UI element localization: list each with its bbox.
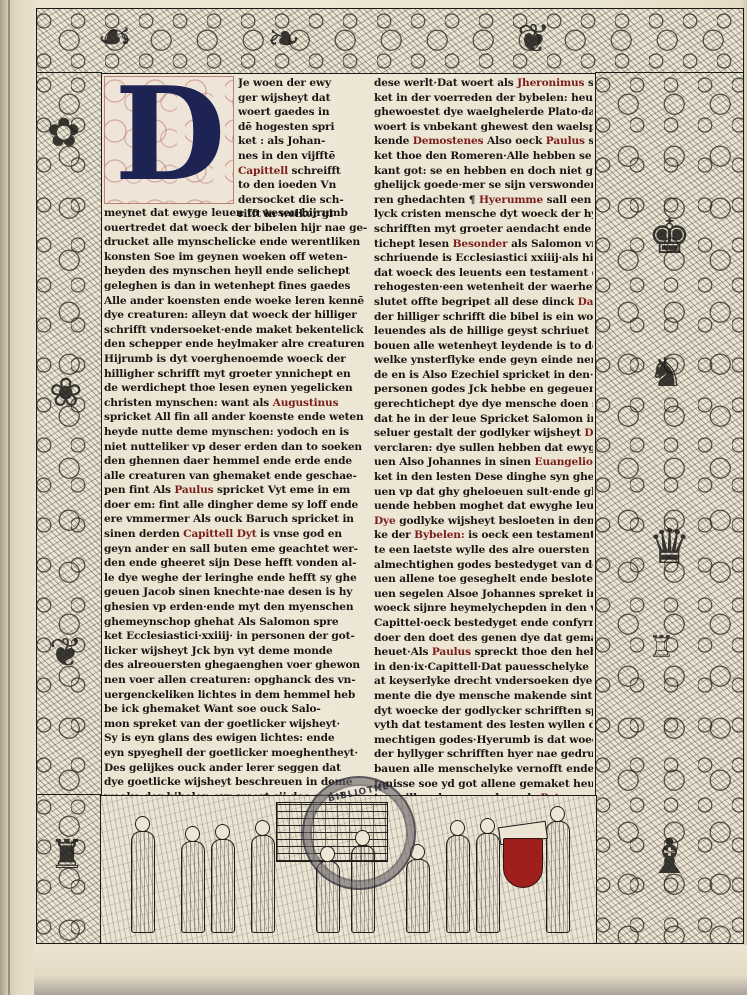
wild-man-icon: ☙ [97,17,133,57]
text-line: konsten Soe im geynen woeken off weten- [104,250,368,265]
text-line: kende Demostenes Also oeck Paulus spre [374,134,593,149]
page-leaf: ☙ ❧ ❦ ✿ ❀ ❦ ♜ ♚ ♞ ♛ ♖ ♝ D Je woen der ew… [0,0,747,995]
town-icon: ♖ [648,633,675,663]
text-line: christen mynschen: want als Augustinus [104,396,368,411]
text-line: dat he in der leue Spricket Salomon in d… [374,412,593,427]
text-line: der hyllyger schrifften hyer nae gedruck… [374,747,593,762]
text-line: dye creaturen: alleyn dat woeck der hill… [104,308,368,323]
text-line: uen segelen Alsoe Johannes spreket in de… [374,587,593,602]
text-line: personen godes Jck hebbe en gegeuen mine [374,382,593,397]
text-line: ghemeynschop ghehat Als Salomon spre [104,615,368,630]
text-line: ger wijsheyt dat [238,91,368,106]
text-line: uen vp dat ghy gheloeuen sult·ende ghelo… [374,485,593,500]
text-line: bouen alle wetenheyt leydende is to den … [374,339,593,354]
text-line: den ende gheeret sijn Dese hefft vonden … [104,556,368,571]
text-line: Capittell schreifft [238,164,368,179]
text-line: woert gaedes in [238,105,368,120]
figure-standard-bearer [131,831,155,933]
text-line: heyden des mynschen heyll ende selichept [104,264,368,279]
text-line: uende hebben moghet dat ewyghe leuen [374,499,593,514]
text-line: in den·ix·Capittell·Dat pauesschelyke en… [374,660,593,675]
text-line: schriuende is Ecclesiastici xxiiij·als h… [374,251,593,266]
figure-kneeling [406,859,430,933]
text-line: mente die dye mensche makende sint: alle… [374,689,593,704]
bottom-margin [34,945,747,995]
library-stamp: BIBLIOTHE [302,776,416,890]
red-shield-icon [503,838,543,888]
text-line: dyt woecke der godlycker schrifften spri… [374,704,593,719]
woodcut-border-left: ✿ ❀ ❦ [36,72,102,796]
text-line: nen voer allen creaturen: opghanck des v… [104,673,368,688]
text-line: ghewoestet dye waelghelerde Plato·dat [374,105,593,120]
text-line: den schepper ende heylmaker alre creatur… [104,337,368,352]
text-line: alle creaturen van ghemaket ende geschae… [104,469,368,484]
archer-figure-icon: ♞ [648,353,684,393]
text-line: kant got: se en hebben en doch niet ghee… [374,164,593,179]
text-line: pen fint Als Paulus spricket Vyt eme in … [104,483,368,498]
text-line: rehogesten·een wetenheit der waerheyt be… [374,280,593,295]
text-line: Hijrumb is dyt voerghenoemde woeck der [104,352,368,367]
woodcut-border-right: ♚ ♞ ♛ ♖ ♝ [595,72,744,944]
text-line: ren ghedachten ¶ Hyerumme sall een yghe [374,193,593,208]
text-line: te een laetste wylle des alre ouersten d… [374,543,593,558]
text-line: woeck sijnre heymelychepden in den vijff… [374,601,593,616]
crowned-figure-icon: ♚ [648,213,691,261]
text-line: Sy is eyn glans des ewigen lichtes: ende [104,731,368,746]
text-line: Capittel·oeck bestedyget ende confyrmier… [374,616,593,631]
text-line: niet nutteliker vp deser erden dan to so… [104,440,368,455]
soldier-figure-icon: ♜ [49,835,85,875]
text-line: ket : als Johan- [238,134,368,149]
figure-soldier [251,835,275,933]
text-line: uen Also Johannes in sinen Euangelio spr… [374,455,593,470]
text-line: gerechtichept dye dye mensche doen sall … [374,397,593,412]
text-line: Alle ander koensten ende woeke leren ken… [104,294,368,309]
text-line: seluer gestalt der godlyker wijsheyt De … [374,426,593,441]
saint-with-sword-icon: ♛ [648,523,691,571]
text-line: mon spreket van der goetlicker wijsheyt· [104,717,368,732]
text-line: ere vmmermer Als ouck Baruch spricket in [104,512,368,527]
figure-soldier [211,839,235,933]
text-line: to den ioeden Vn [238,178,368,193]
text-line: uergenckeliken lichtes in dem hemmel heb [104,688,368,703]
text-line: vyth dat testament des lesten wyllen des… [374,718,593,733]
leaf-icon: ❦ [49,633,83,673]
text-line: le dye weghe der leringhe ende hefft sy … [104,571,368,586]
text-line: tenisse soe yd got allene gemaket heuet … [374,777,593,792]
initial-letter: D [111,71,229,201]
text-line: welke ynsterflyke ende geyn einde nemen [374,353,593,368]
text-line: ke der Bybelen: is oeck een testament of… [374,528,593,543]
text-line: licker wijsheyt Jck byn vyt deme monde [104,644,368,659]
text-line: meynet dat ewyge leuen to wesen·hijrumb [104,206,368,221]
text-column-right: dese werlt·Dat woert als Jheronimus spre… [374,76,593,849]
text-line: drucket alle mynschelicke ende werentlik… [104,235,368,250]
text-line: dese werlt·Dat woert als Jheronimus spre [374,76,593,91]
rose-icon: ✿ [47,113,81,153]
text-line: ghelijck goede·mer se sijn verswonden in… [374,178,593,193]
text-line: heuet·Als Paulus spreckt thoe den hebree… [374,645,593,660]
woodcut-border-bottom-left: ♜ [36,794,102,944]
text-line: ket thoe den Romeren·Alle hebben se be- [374,149,593,164]
text-line: de werdichept thoe lesen eynen yegelicke… [104,381,368,396]
text-line: nes in den vijfftē [238,149,368,164]
text-line: bauen alle menschelyke vernofft ende ver… [374,762,593,777]
text-column-beside-initial: Je woen der ewyger wijsheyt datwoert gae… [238,76,368,222]
text-line: des alreouersten ghegaenghen voer ghewon [104,658,368,673]
text-line: eyn spyeghell der goetlicker moeghenthey… [104,746,368,761]
text-line: schrifft vndersoeket·ende maket bekentel… [104,323,368,338]
text-line: dat woeck des leuents een testament des … [374,266,593,281]
text-line: schrifften myt groeter aendacht ende ruy… [374,222,593,237]
text-line: ket in der voerreden der bybelen: heuet … [374,91,593,106]
text-line: heyde nutte deme mynschen: yodoch en is [104,425,368,440]
text-line: ouertredet dat woeck der bibelen hijr na… [104,221,368,236]
text-line: ket in den lesten Dese dinghe syn ghesch… [374,470,593,485]
text-line: slutet offte begripet all dese dinck Dat… [374,295,593,310]
text-line: uen allene toe geseghelt ende besloten m… [374,572,593,587]
figure-soldier [476,833,500,933]
text-line: geleghen is dan in wetenhept fines gaede… [104,279,368,294]
text-line: sinen derden Capittell Dyt is vnse god e… [104,527,368,542]
text-line: mechtigen godes·Hyerumb is dat woecke [374,733,593,748]
text-line: geyn ander en sall buten eme geachtet we… [104,542,368,557]
text-line: spricket All fin all ander koenste ende … [104,410,368,425]
text-line: Des gelijkes ouck ander lerer seggen dat [104,761,368,776]
text-line: doer em: fint alle dingher deme sy loff … [104,498,368,513]
text-line: de en is Also Ezechiel spricket in den·x… [374,368,593,383]
text-line: be ick ghemaket Want soe ouck Salo- [104,702,368,717]
illuminated-initial: D [104,76,234,204]
text-line: woert is vnbekant ghewest den waelspre- [374,120,593,135]
young-man-figure-icon: ♝ [648,833,691,881]
figure-soldier [446,835,470,933]
text-line: ket Ecclesiastici·xxiiij· in personen de… [104,629,368,644]
text-line: dē hogesten spri [238,120,368,135]
figure-bearded-standard-bearer [546,821,570,933]
hare-icon: ❦ [517,19,551,59]
text-line: verclaren: dye sullen hebben dat ewyghe … [374,441,593,456]
text-line: den ghennen daer hemmel ende erde ende [104,454,368,469]
page-spine-edge [0,0,34,995]
flower-icon: ❀ [49,373,83,413]
text-line: lyck cristen mensche dyt woeck der hylli… [374,207,593,222]
text-line: Dye godlyke wijsheyt besloeten in den wo… [374,514,593,529]
text-line: leuendes als de hillige geyst schriuet a… [374,324,593,339]
text-line: geuen Jacob sinen knechte·nae desen is h… [104,585,368,600]
text-line: Je woen der ewy [238,76,368,91]
text-line: hilligher schrifft myt groeter ynnichept… [104,367,368,382]
figure-soldier [181,841,205,933]
text-line: at keyserlyke drecht vndersoeken dye tes… [374,674,593,689]
stamp-label: BIBLIOTHE [324,781,395,805]
text-line: ghesien vp erden·ende myt den myenschen [104,600,368,615]
text-line: almechtighen godes bestedyget van den se… [374,558,593,573]
text-line: tichept lesen Besonder als Salomon vns b… [374,237,593,252]
text-line: der hilliger schrifft die bibel is ein w… [374,310,593,325]
text-line: doer den doet des genen dye dat gemaeckt [374,631,593,646]
text-column-left: meynet dat ewyge leuen to wesen·hijrumbo… [104,206,368,834]
hound-icon: ❧ [267,19,301,59]
